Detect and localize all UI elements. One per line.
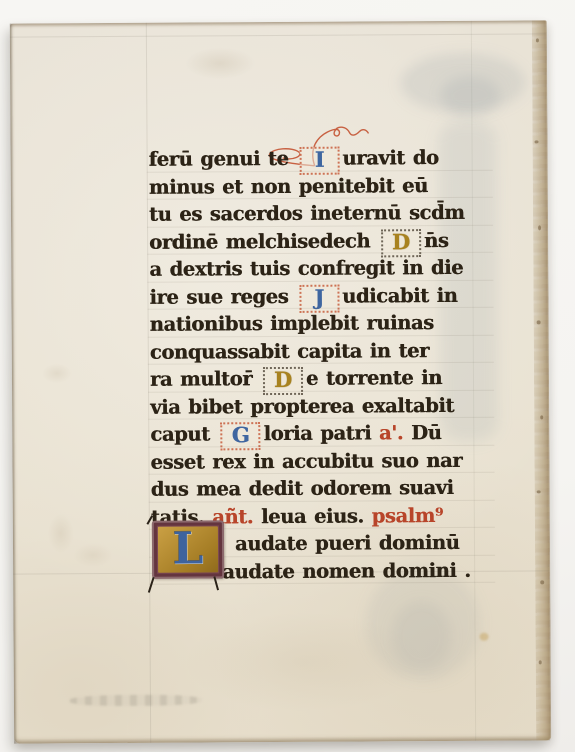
leaf-left-edge bbox=[10, 24, 17, 744]
text-segment: a'. bbox=[379, 421, 403, 444]
edge-speck bbox=[540, 415, 543, 419]
text-segment: caput bbox=[150, 422, 217, 445]
edge-speck bbox=[540, 580, 544, 584]
edge-speck bbox=[536, 38, 539, 42]
text-segment: e torrente in bbox=[306, 366, 442, 390]
text-segment: Dū bbox=[403, 421, 441, 444]
text-segment: esset rex in accubitu suo nar bbox=[150, 448, 462, 473]
edge-speck bbox=[537, 490, 541, 493]
edge-speck bbox=[537, 320, 541, 324]
inline-initial: G bbox=[220, 422, 260, 450]
text-segment: via bibet propterea exaltabit bbox=[150, 393, 454, 418]
text-segment: ra multor̄ bbox=[150, 367, 260, 391]
text-segment: ordinē melchisedech bbox=[149, 229, 378, 253]
text-segment: uravit do bbox=[342, 146, 438, 170]
stain bbox=[42, 363, 72, 383]
text-line: esset rex in accubitu suo nar bbox=[150, 446, 486, 476]
leaf-top-edge bbox=[10, 20, 546, 27]
text-segment: leua eius. bbox=[253, 504, 372, 528]
text-block: ferū genui te Iuravit dominus et non pen… bbox=[149, 144, 488, 586]
stain bbox=[480, 633, 489, 641]
edge-speck bbox=[539, 660, 542, 664]
text-segment: nationibus implebit ruinas bbox=[150, 311, 434, 336]
text-segment: tu es sacerdos ineternū scd̄m bbox=[149, 201, 465, 226]
stain bbox=[185, 47, 255, 79]
edge-speck bbox=[535, 140, 539, 143]
stain bbox=[48, 513, 74, 553]
text-segment: loria patri bbox=[263, 421, 379, 445]
inline-initial: D bbox=[263, 367, 303, 395]
text-line: a dextris tuis confregit in die bbox=[149, 254, 485, 284]
text-segment: audate pueri dominū bbox=[235, 531, 460, 555]
inline-initial: D bbox=[381, 229, 421, 257]
text-segment: laudate nomen domini . bbox=[215, 558, 471, 583]
text-line: caput Gloria patri a'. Dū bbox=[150, 419, 486, 449]
text-line: ferū genui te Iuravit do bbox=[149, 144, 485, 174]
text-segment: n̄s bbox=[424, 228, 448, 251]
stain bbox=[73, 543, 113, 567]
inline-initial: I bbox=[299, 147, 339, 175]
stain bbox=[183, 611, 424, 712]
text-line: ra multor̄ De torrente in bbox=[150, 364, 486, 394]
text-line: dus mea dedit odorem suavi bbox=[151, 474, 487, 504]
inline-initial: J bbox=[299, 284, 339, 312]
text-line: via bibet propterea exaltabit bbox=[150, 391, 486, 421]
text-segment: a dextris tuis confregit in die bbox=[149, 256, 463, 281]
text-line: tu es sacerdos ineternū scd̄m bbox=[149, 199, 485, 229]
text-line: ordinē melchisedech Dn̄s bbox=[149, 226, 485, 256]
leaf-bottom-edge bbox=[14, 735, 550, 743]
pencil-inscription bbox=[70, 694, 202, 706]
verso-showthrough-foliage bbox=[440, 76, 500, 116]
text-segment: ire sue reges bbox=[149, 284, 296, 308]
text-segment: conquassabit capita in ter bbox=[150, 339, 429, 364]
initial-letter: L bbox=[172, 527, 203, 571]
text-line: ire sue reges Judicabit in bbox=[149, 281, 485, 311]
illuminated-initial-L: L bbox=[152, 520, 224, 578]
text-line: nationibus implebit ruinas bbox=[150, 309, 486, 339]
text-line: minus et non penitebit eū bbox=[149, 171, 485, 201]
photo-background: { "document": { "kind": "illuminated-man… bbox=[0, 0, 575, 752]
text-segment: dus mea dedit odorem suavi bbox=[151, 476, 454, 501]
edge-speck bbox=[538, 225, 541, 230]
text-segment: udicabit in bbox=[342, 283, 457, 307]
text-segment: minus et non penitebit eū bbox=[149, 174, 428, 199]
text-line: conquassabit capita in ter bbox=[150, 336, 486, 366]
deckled-right-edge bbox=[532, 20, 551, 740]
text-segment: psalm⁹ bbox=[372, 504, 444, 527]
text-segment: ferū genui te bbox=[149, 147, 297, 171]
ruling-line-horizontal-top bbox=[10, 33, 546, 37]
manuscript-leaf: ferū genui te Iuravit dominus et non pen… bbox=[10, 20, 550, 743]
